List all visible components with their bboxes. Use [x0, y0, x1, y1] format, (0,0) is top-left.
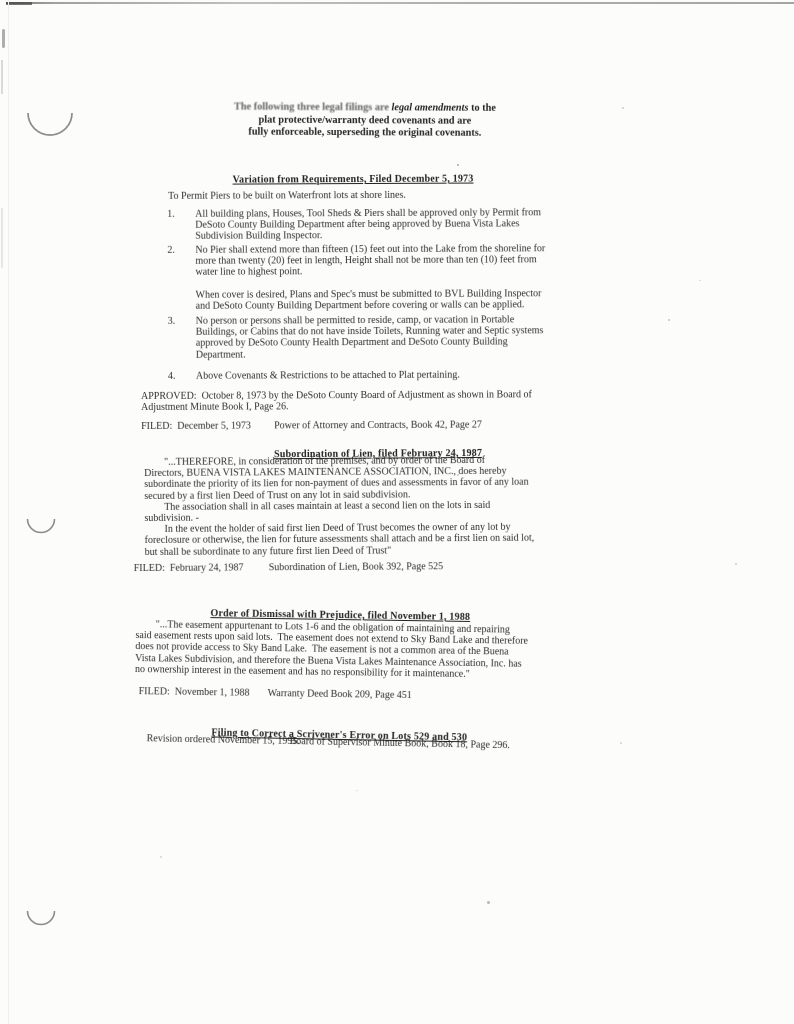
section-variation-from-requirements: Variation from Requirements, Filed Decem…: [140, 163, 601, 450]
list-item-text: Above Covenants & Restrictions to be att…: [196, 370, 460, 382]
filed-reference: Warranty Deed Book 209, Page 451: [268, 688, 412, 701]
section-paragraph: "...The easement appurtenant to Lots 1-6…: [135, 619, 528, 681]
dust-speck: [356, 790, 358, 791]
list-item-number: 1.: [167, 209, 195, 243]
dust-speck: [622, 107, 624, 109]
text-line: but shall be subordinate to any future f…: [145, 544, 535, 558]
dust-speck: [735, 563, 737, 565]
dust-speck: [160, 856, 162, 858]
section-order-of-dismissal: Order of Dismissal with Prejudice, filed…: [134, 602, 601, 714]
list-item: 2. No Pier shall extend more than fiftee…: [167, 243, 545, 278]
filed-label: FILED: November 1, 1988: [139, 686, 250, 699]
intro-line1-rest-text: to the: [468, 103, 496, 114]
dust-speck: [620, 742, 622, 744]
hole-punch-mark: [26, 518, 56, 540]
list-item-text: No Pier shall extend more than fifteen (…: [195, 243, 545, 278]
text-line: Subdivision Building Inspector.: [195, 230, 541, 243]
text-line: DeSoto County Building Department after …: [195, 218, 541, 231]
intro-line: fully enforceable, superseding the origi…: [140, 126, 590, 141]
list-item: 4. Above Covenants & Restrictions to be …: [168, 370, 460, 382]
hole-punch-arc: [26, 112, 74, 138]
list-item-text: No person or persons shall be permitted …: [196, 314, 544, 360]
text-line: foreclosure or otherwise, the lien for f…: [145, 533, 535, 547]
scan-left-crease-artifact: [8, 0, 9, 1024]
list-item-number: 2.: [167, 245, 195, 279]
list-item-text: All building plans, Houses, Tool Sheds &…: [195, 207, 541, 242]
list-item-number: 4.: [168, 371, 196, 382]
intro-line1-italic-text: legal amendments: [391, 102, 468, 113]
section-heading-row: Variation from Requirements, Filed Decem…: [123, 168, 583, 188]
scan-left-edge-mark: [1, 208, 3, 268]
scan-left-edge-mark: [1, 60, 3, 94]
filed-label: FILED: February 24, 1987: [134, 562, 244, 574]
section-subordination-of-lien: Subordination of Lien, filed February 24…: [144, 441, 597, 579]
text-line: Department.: [196, 348, 544, 361]
scan-left-edge-mark: [2, 29, 5, 48]
filed-row: FILED: November 1, 1988 Warranty Deed Bo…: [139, 686, 604, 693]
text-line: approved by DeSoto County Health Departm…: [196, 337, 544, 350]
intro-line1-faded-text: The following three legal filings are: [234, 101, 392, 113]
section-scriveners-error: Filing to Correct a Scrivener's Error on…: [135, 721, 601, 765]
text-line: water line to highest point.: [195, 266, 545, 279]
dust-speck: [699, 280, 701, 281]
text-line: Adjustment Minute Book I, Page 26.: [141, 400, 532, 413]
text-line: more than twenty (20) feet in length, He…: [195, 254, 545, 267]
list-item-text: When cover is desired, Plans and Spec's …: [196, 288, 542, 312]
list-item-number: 3.: [168, 316, 196, 361]
filed-reference: Power of Attorney and Contracts, Book 42…: [274, 420, 482, 432]
section-heading: Variation from Requirements, Filed Decem…: [233, 174, 474, 186]
section-paragraph: "...THEREFORE, in consideration of the p…: [144, 455, 534, 558]
approved-note: APPROVED: October 8, 1973 by the DeSoto …: [141, 389, 532, 413]
scan-top-edge-dark-artifact: [6, 2, 32, 5]
hole-punch-arc: [26, 518, 56, 535]
hole-punch-mark: [26, 910, 56, 932]
revision-note: Revision ordered November 15, 1995.: [147, 733, 300, 747]
text-line: Above Covenants & Restrictions to be att…: [196, 370, 460, 382]
dust-speck: [668, 319, 670, 321]
intro-statement: The following three legal filings are le…: [140, 101, 590, 141]
filed-reference: Subordination of Lien, Book 392, Page 52…: [269, 561, 444, 573]
filed-row: FILED: December 5, 1973 Power of Attorne…: [141, 419, 601, 421]
text-line: APPROVED: October 8, 1973 by the DeSoto …: [141, 389, 532, 402]
hole-punch-arc: [26, 910, 56, 927]
text-line: subordinate the priority of its lien for…: [144, 477, 534, 491]
list-item: 3. No person or persons shall be permitt…: [168, 314, 544, 360]
filed-row: FILED: February 24, 1987 Subordination o…: [134, 560, 586, 563]
scan-top-edge-artifact: [6, 2, 794, 4]
list-item: 1. All building plans, Houses, Tool Shed…: [167, 207, 541, 242]
text-line: and DeSoto County Building Department be…: [196, 299, 542, 312]
filed-label: FILED: December 5, 1973: [141, 421, 251, 432]
scanned-document-page: The following three legal filings are le…: [0, 0, 794, 1024]
section-lead-line: To Permit Piers to be built on Waterfron…: [168, 190, 406, 202]
list-item-continuation: When cover is desired, Plans and Spec's …: [196, 288, 542, 312]
dust-speck: [487, 901, 490, 904]
hole-punch-mark: [26, 112, 74, 143]
text-line: The association shall in all cases maint…: [144, 499, 534, 513]
